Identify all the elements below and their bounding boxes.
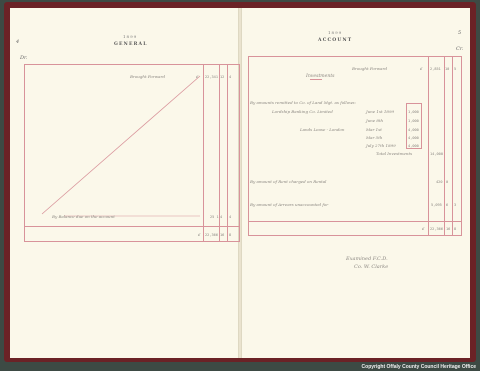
- total-investments-amount: 14,000: [430, 152, 443, 156]
- right-page-number: 5: [458, 30, 461, 36]
- pence-column-rule: [452, 56, 453, 235]
- rent-amount: 420: [436, 180, 443, 184]
- shillings-column-rule: [444, 56, 445, 235]
- balance-label: By Balance due on the account: [52, 214, 115, 219]
- left-total-d: 8: [229, 233, 231, 237]
- right-bf-amount: 2,851: [430, 67, 441, 71]
- title-underline: [310, 79, 322, 80]
- left-bf-d: 4: [229, 75, 231, 79]
- remittance-date: Mar 5th: [366, 135, 382, 140]
- right-bf-s: 10: [445, 67, 449, 71]
- remittance-amount: 4,000: [408, 144, 419, 148]
- section-title: Investments: [306, 74, 335, 79]
- right-ledger-table: [248, 56, 462, 236]
- balance-d: 4: [229, 215, 231, 219]
- copyright-notice: Copyright Offaly County Council Heritage…: [362, 364, 476, 370]
- right-header: ACCOUNT: [318, 38, 352, 43]
- total-currency: £: [198, 232, 201, 237]
- remittance-amount: 1,000: [408, 119, 419, 123]
- intro-line: By amounts remitted to Co. of Land Mgt. …: [250, 100, 356, 105]
- arrears-s: 6: [446, 203, 448, 207]
- remittance-date: July 27th 1899: [366, 143, 396, 148]
- left-page: 4 1899 GENERAL Dr. Brought Forward £ 22,…: [10, 8, 238, 358]
- left-bf-s: 12: [220, 75, 224, 79]
- remittance-amount: 1,000: [408, 110, 419, 114]
- right-total-s: 16: [446, 227, 450, 231]
- balance-s: 4: [220, 215, 222, 219]
- total-currency: £: [422, 226, 425, 231]
- arrears-line: By amount of Arrears unaccounted for: [250, 202, 328, 207]
- total-rule: [248, 221, 461, 222]
- arrears-d: 3: [454, 203, 456, 207]
- rent-s: 0: [446, 180, 448, 184]
- signature-line-1: Examined F.C.D.: [346, 256, 388, 262]
- total-investments-label: Total Investments: [376, 151, 412, 156]
- cancel-diagonal-line: [10, 8, 238, 248]
- balance-amount: 25 1: [210, 215, 219, 219]
- rent-line: By amount of Rent charged on Rental: [250, 179, 326, 184]
- remittance-date: June 1st 1899: [366, 109, 394, 114]
- signature-line-2: Co. W. Clarke: [354, 264, 388, 270]
- right-brought-forward-label: Brought Forward: [352, 66, 387, 71]
- right-total-d: 8: [454, 227, 456, 231]
- right-page: 5 1899 ACCOUNT Cr. Brought Forward £ 2,8…: [242, 8, 470, 358]
- pounds-column-rule: [428, 56, 429, 235]
- remittance-amount: 4,000: [408, 128, 419, 132]
- currency-symbol: £: [196, 74, 199, 79]
- left-total-amount: 22,366: [205, 233, 218, 237]
- right-total-amount: 22,366: [430, 227, 443, 231]
- remittance-date: June 8th: [366, 118, 383, 123]
- currency-symbol: £: [420, 66, 423, 71]
- remittance-date: Mar 1st: [366, 127, 382, 132]
- right-bf-d: 5: [454, 67, 456, 71]
- remittance-amount: 4,000: [408, 136, 419, 140]
- left-brought-forward-label: Brought Forward: [130, 74, 165, 79]
- left-total-s: 16: [220, 233, 224, 237]
- right-year: 1899: [328, 30, 342, 35]
- remittance-payee: Lands Lease - London: [300, 127, 344, 132]
- arrears-amount: 5,095: [431, 203, 442, 207]
- remittance-payee: Lordship Banking Co. Limited: [272, 109, 333, 114]
- right-side-mark: Cr.: [456, 46, 463, 52]
- left-bf-amount: 22,341: [205, 75, 218, 79]
